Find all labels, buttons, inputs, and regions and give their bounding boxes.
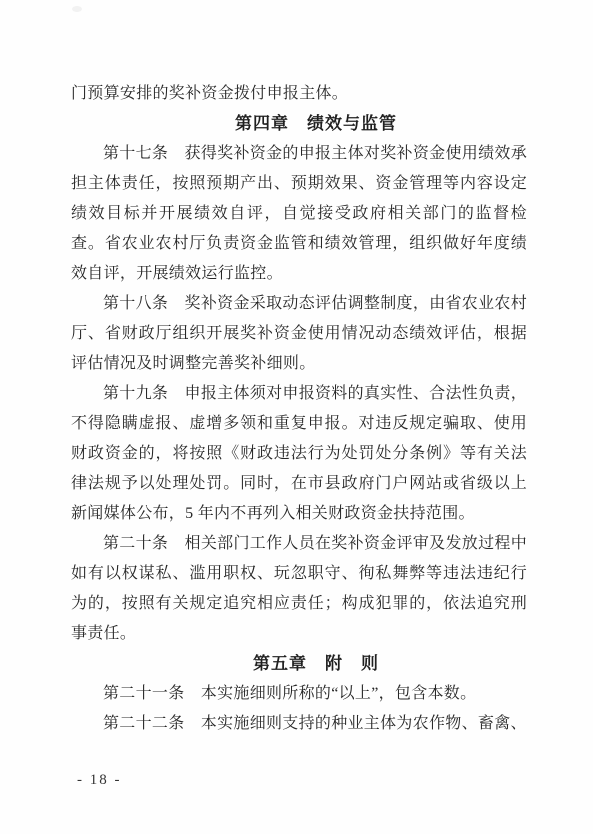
- scan-artifact: [72, 6, 82, 12]
- chapter-heading-5: 第五章 附 则: [71, 649, 527, 679]
- article-20-paragraph: 第二十条 相关部门工作人员在奖补资金评审及发放过程中如有以权谋私、滥用职权、玩忽…: [71, 529, 527, 649]
- article-17-paragraph: 第十七条 获得奖补资金的申报主体对奖补资金使用绩效承担主体责任，按照预期产出、预…: [71, 139, 527, 289]
- chapter-heading-4: 第四章 绩效与监管: [71, 109, 527, 139]
- paragraph-continuation: 门预算安排的奖补资金拨付申报主体。: [71, 79, 527, 109]
- page-number: - 18 -: [77, 769, 122, 791]
- article-21-paragraph: 第二十一条 本实施细则所称的“以上”，包含本数。: [71, 679, 527, 709]
- document-body-text: 门预算安排的奖补资金拨付申报主体。 第四章 绩效与监管 第十七条 获得奖补资金的…: [71, 79, 527, 739]
- article-18-paragraph: 第十八条 奖补资金采取动态评估调整制度，由省农业农村厅、省财政厅组织开展奖补资金…: [71, 289, 527, 379]
- document-page: 门预算安排的奖补资金拨付申报主体。 第四章 绩效与监管 第十七条 获得奖补资金的…: [0, 0, 593, 834]
- article-22-paragraph: 第二十二条 本实施细则支持的种业主体为农作物、畜禽、: [71, 709, 527, 739]
- article-19-paragraph: 第十九条 申报主体须对申报资料的真实性、合法性负责，不得隐瞒虚报、虚增多领和重复…: [71, 379, 527, 529]
